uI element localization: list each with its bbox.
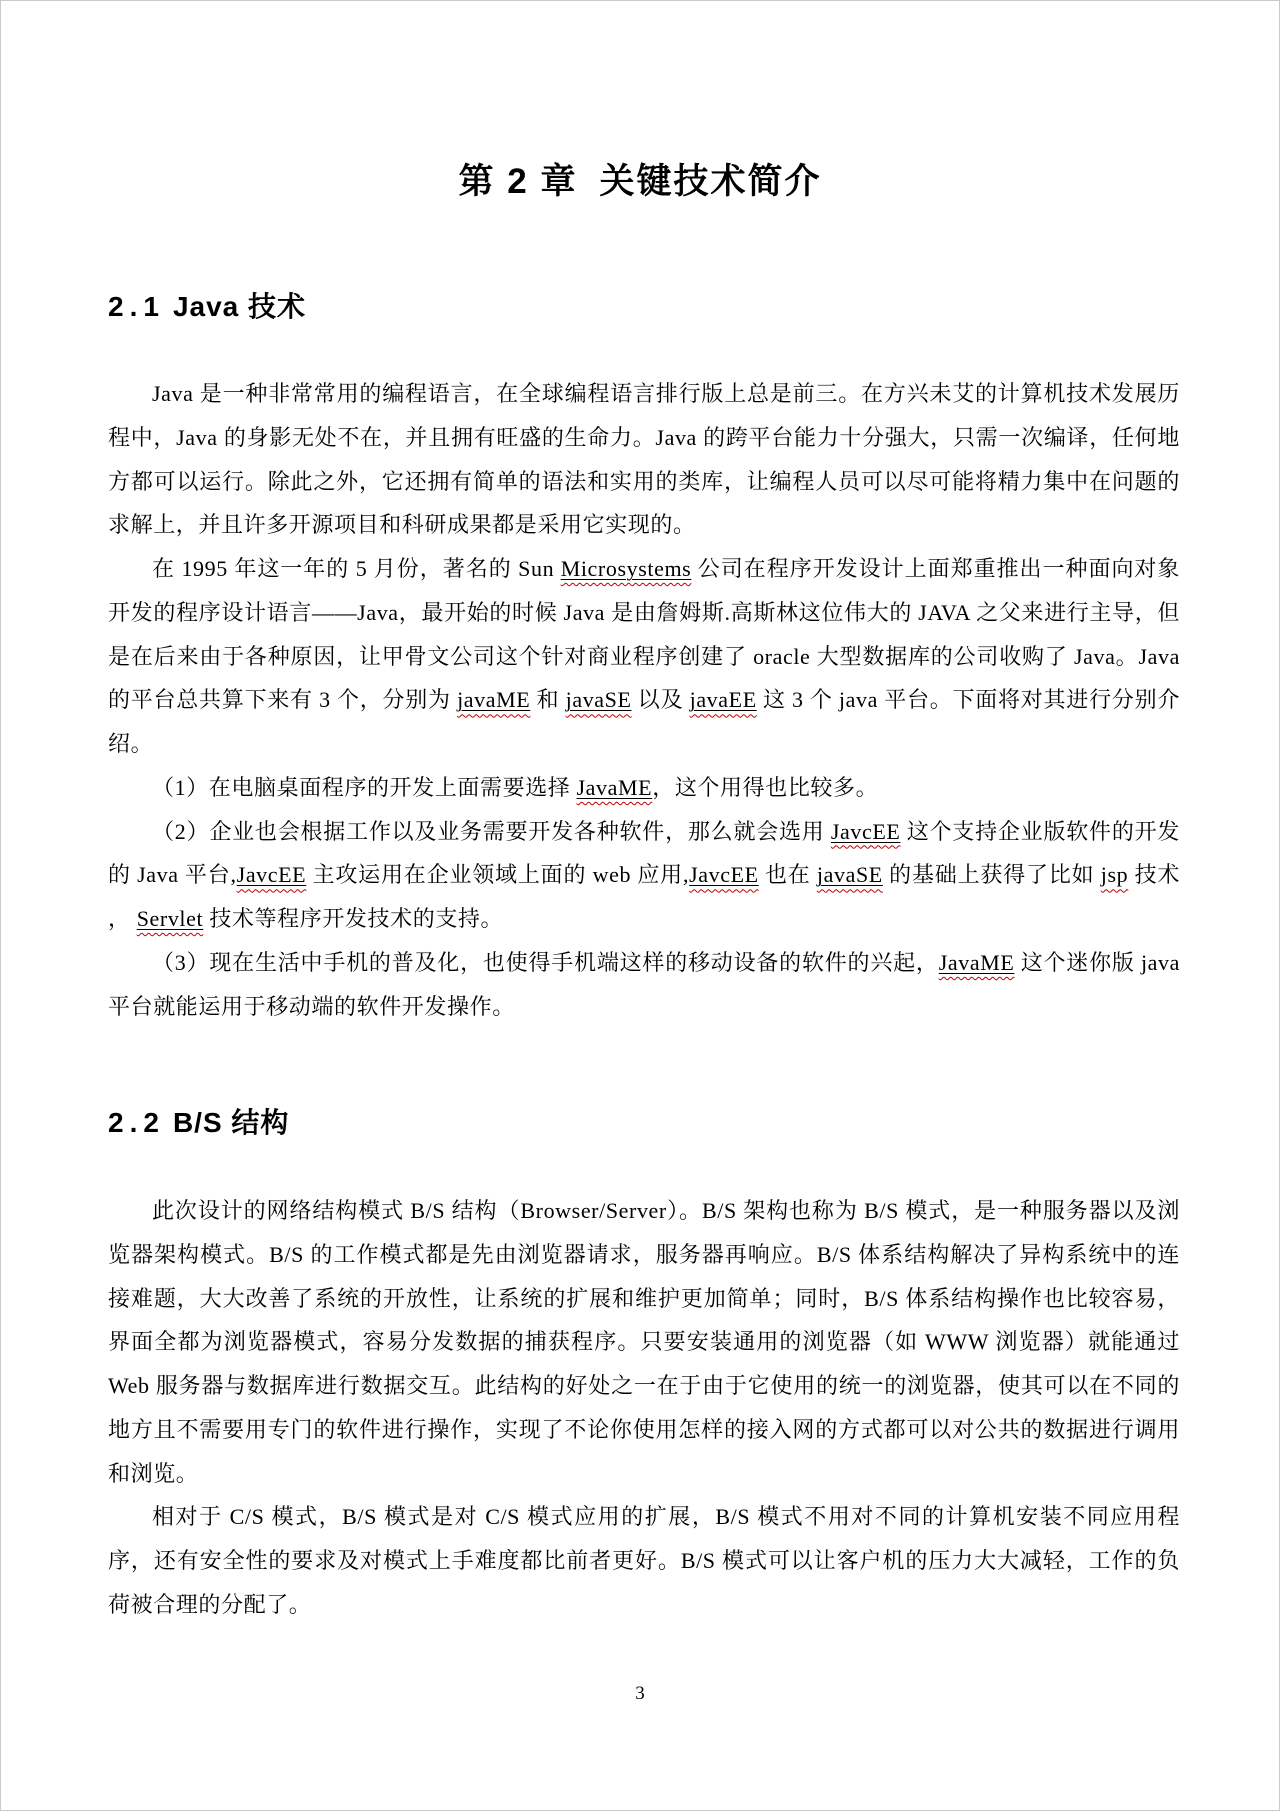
misspelled-term: JavcEE (689, 862, 759, 887)
paragraph: Java 是一种非常常用的编程语言，在全球编程语言排行版上总是前三。在方兴未艾的… (108, 372, 1180, 547)
text-segment: 在 1995 年这一年的 5 月份，著名的 Sun (152, 556, 561, 581)
text-segment: 也在 (759, 862, 817, 887)
text-segment: 以及 (632, 687, 690, 712)
document-page: 第 2 章关键技术简介 2.1Java 技术 Java 是一种非常常用的编程语言… (0, 0, 1280, 1811)
section-2-2-body: 此次设计的网络结构模式 B/S 结构（Browser/Server）。B/S 架… (108, 1189, 1180, 1627)
spellcheck-underline: Microsystems (561, 556, 692, 581)
chapter-title: 第 2 章关键技术简介 (1, 159, 1279, 205)
spellcheck-underline: JavcEE (689, 862, 759, 887)
paragraph: 此次设计的网络结构模式 B/S 结构（Browser/Server）。B/S 架… (108, 1189, 1180, 1495)
spellcheck-underline: JavaME (939, 950, 1015, 975)
misspelled-term: Microsystems (561, 556, 692, 581)
text-segment: 相对于 C/S 模式，B/S 模式是对 C/S 模式应用的扩展，B/S 模式不用… (108, 1504, 1180, 1617)
spellcheck-underline: JavcEE (237, 862, 307, 887)
text-segment: 的基础上获得了比如 (883, 862, 1101, 887)
section-2-1-body: Java 是一种非常常用的编程语言，在全球编程语言排行版上总是前三。在方兴未艾的… (108, 372, 1180, 1028)
section-title: B/S 结构 (173, 1107, 289, 1138)
paragraph: （1）在电脑桌面程序的开发上面需要选择 JavaME，这个用得也比较多。 (108, 766, 1180, 810)
section-number: 2.2 (108, 1107, 165, 1138)
misspelled-term: JavcEE (831, 819, 901, 844)
spellcheck-underline: JavaME (577, 775, 653, 800)
misspelled-term: javaSE (566, 687, 632, 712)
paragraph: 相对于 C/S 模式，B/S 模式是对 C/S 模式应用的扩展，B/S 模式不用… (108, 1495, 1180, 1626)
spellcheck-underline: Servlet (137, 906, 204, 931)
text-segment: ，这个用得也比较多。 (652, 775, 878, 800)
paragraph: （2）企业也会根据工作以及业务需要开发各种软件，那么就会选用 JavcEE 这个… (108, 810, 1180, 941)
spellcheck-underline: javaEE (690, 687, 757, 712)
misspelled-term: JavcEE (237, 862, 307, 887)
misspelled-term: Servlet (137, 906, 204, 931)
misspelled-term: javaME (457, 687, 530, 712)
section-title: Java 技术 (173, 291, 306, 322)
misspelled-term: JavaME (577, 775, 653, 800)
spellcheck-underline: jsp (1101, 862, 1128, 887)
misspelled-term: javaSE (817, 862, 883, 887)
page-number: 3 (1, 1683, 1279, 1706)
paragraph: 在 1995 年这一年的 5 月份，著名的 Sun Microsystems 公… (108, 547, 1180, 766)
chapter-name: 关键技术简介 (599, 162, 821, 201)
spellcheck-underline: JavcEE (831, 819, 901, 844)
text-segment: 技术等程序开发技术的支持。 (203, 906, 503, 931)
text-segment: 此次设计的网络结构模式 B/S 结构（Browser/Server）。B/S 架… (108, 1198, 1180, 1486)
misspelled-term: JavaME (939, 950, 1015, 975)
text-segment: 和 (530, 687, 565, 712)
misspelled-term: jsp (1101, 862, 1128, 887)
text-segment: （1）在电脑桌面程序的开发上面需要选择 (152, 775, 577, 800)
text-segment: （3）现在生活中手机的普及化，也使得手机端这样的移动设备的软件的兴起， (152, 950, 939, 975)
spellcheck-underline: javaSE (566, 687, 632, 712)
text-segment: 主攻运用在企业领域上面的 web 应用, (306, 862, 689, 887)
text-segment: （2）企业也会根据工作以及业务需要开发各种软件，那么就会选用 (152, 819, 831, 844)
paragraph: （3）现在生活中手机的普及化，也使得手机端这样的移动设备的软件的兴起，JavaM… (108, 941, 1180, 1029)
misspelled-term: javaEE (690, 687, 757, 712)
section-number: 2.1 (108, 291, 165, 322)
spellcheck-underline: javaME (457, 687, 530, 712)
text-segment: Java 是一种非常常用的编程语言，在全球编程语言排行版上总是前三。在方兴未艾的… (108, 381, 1180, 537)
spellcheck-underline: javaSE (817, 862, 883, 887)
section-heading-2-1: 2.1Java 技术 (108, 290, 306, 324)
chapter-label: 第 2 章 (459, 162, 578, 201)
section-heading-2-2: 2.2B/S 结构 (108, 1106, 289, 1140)
